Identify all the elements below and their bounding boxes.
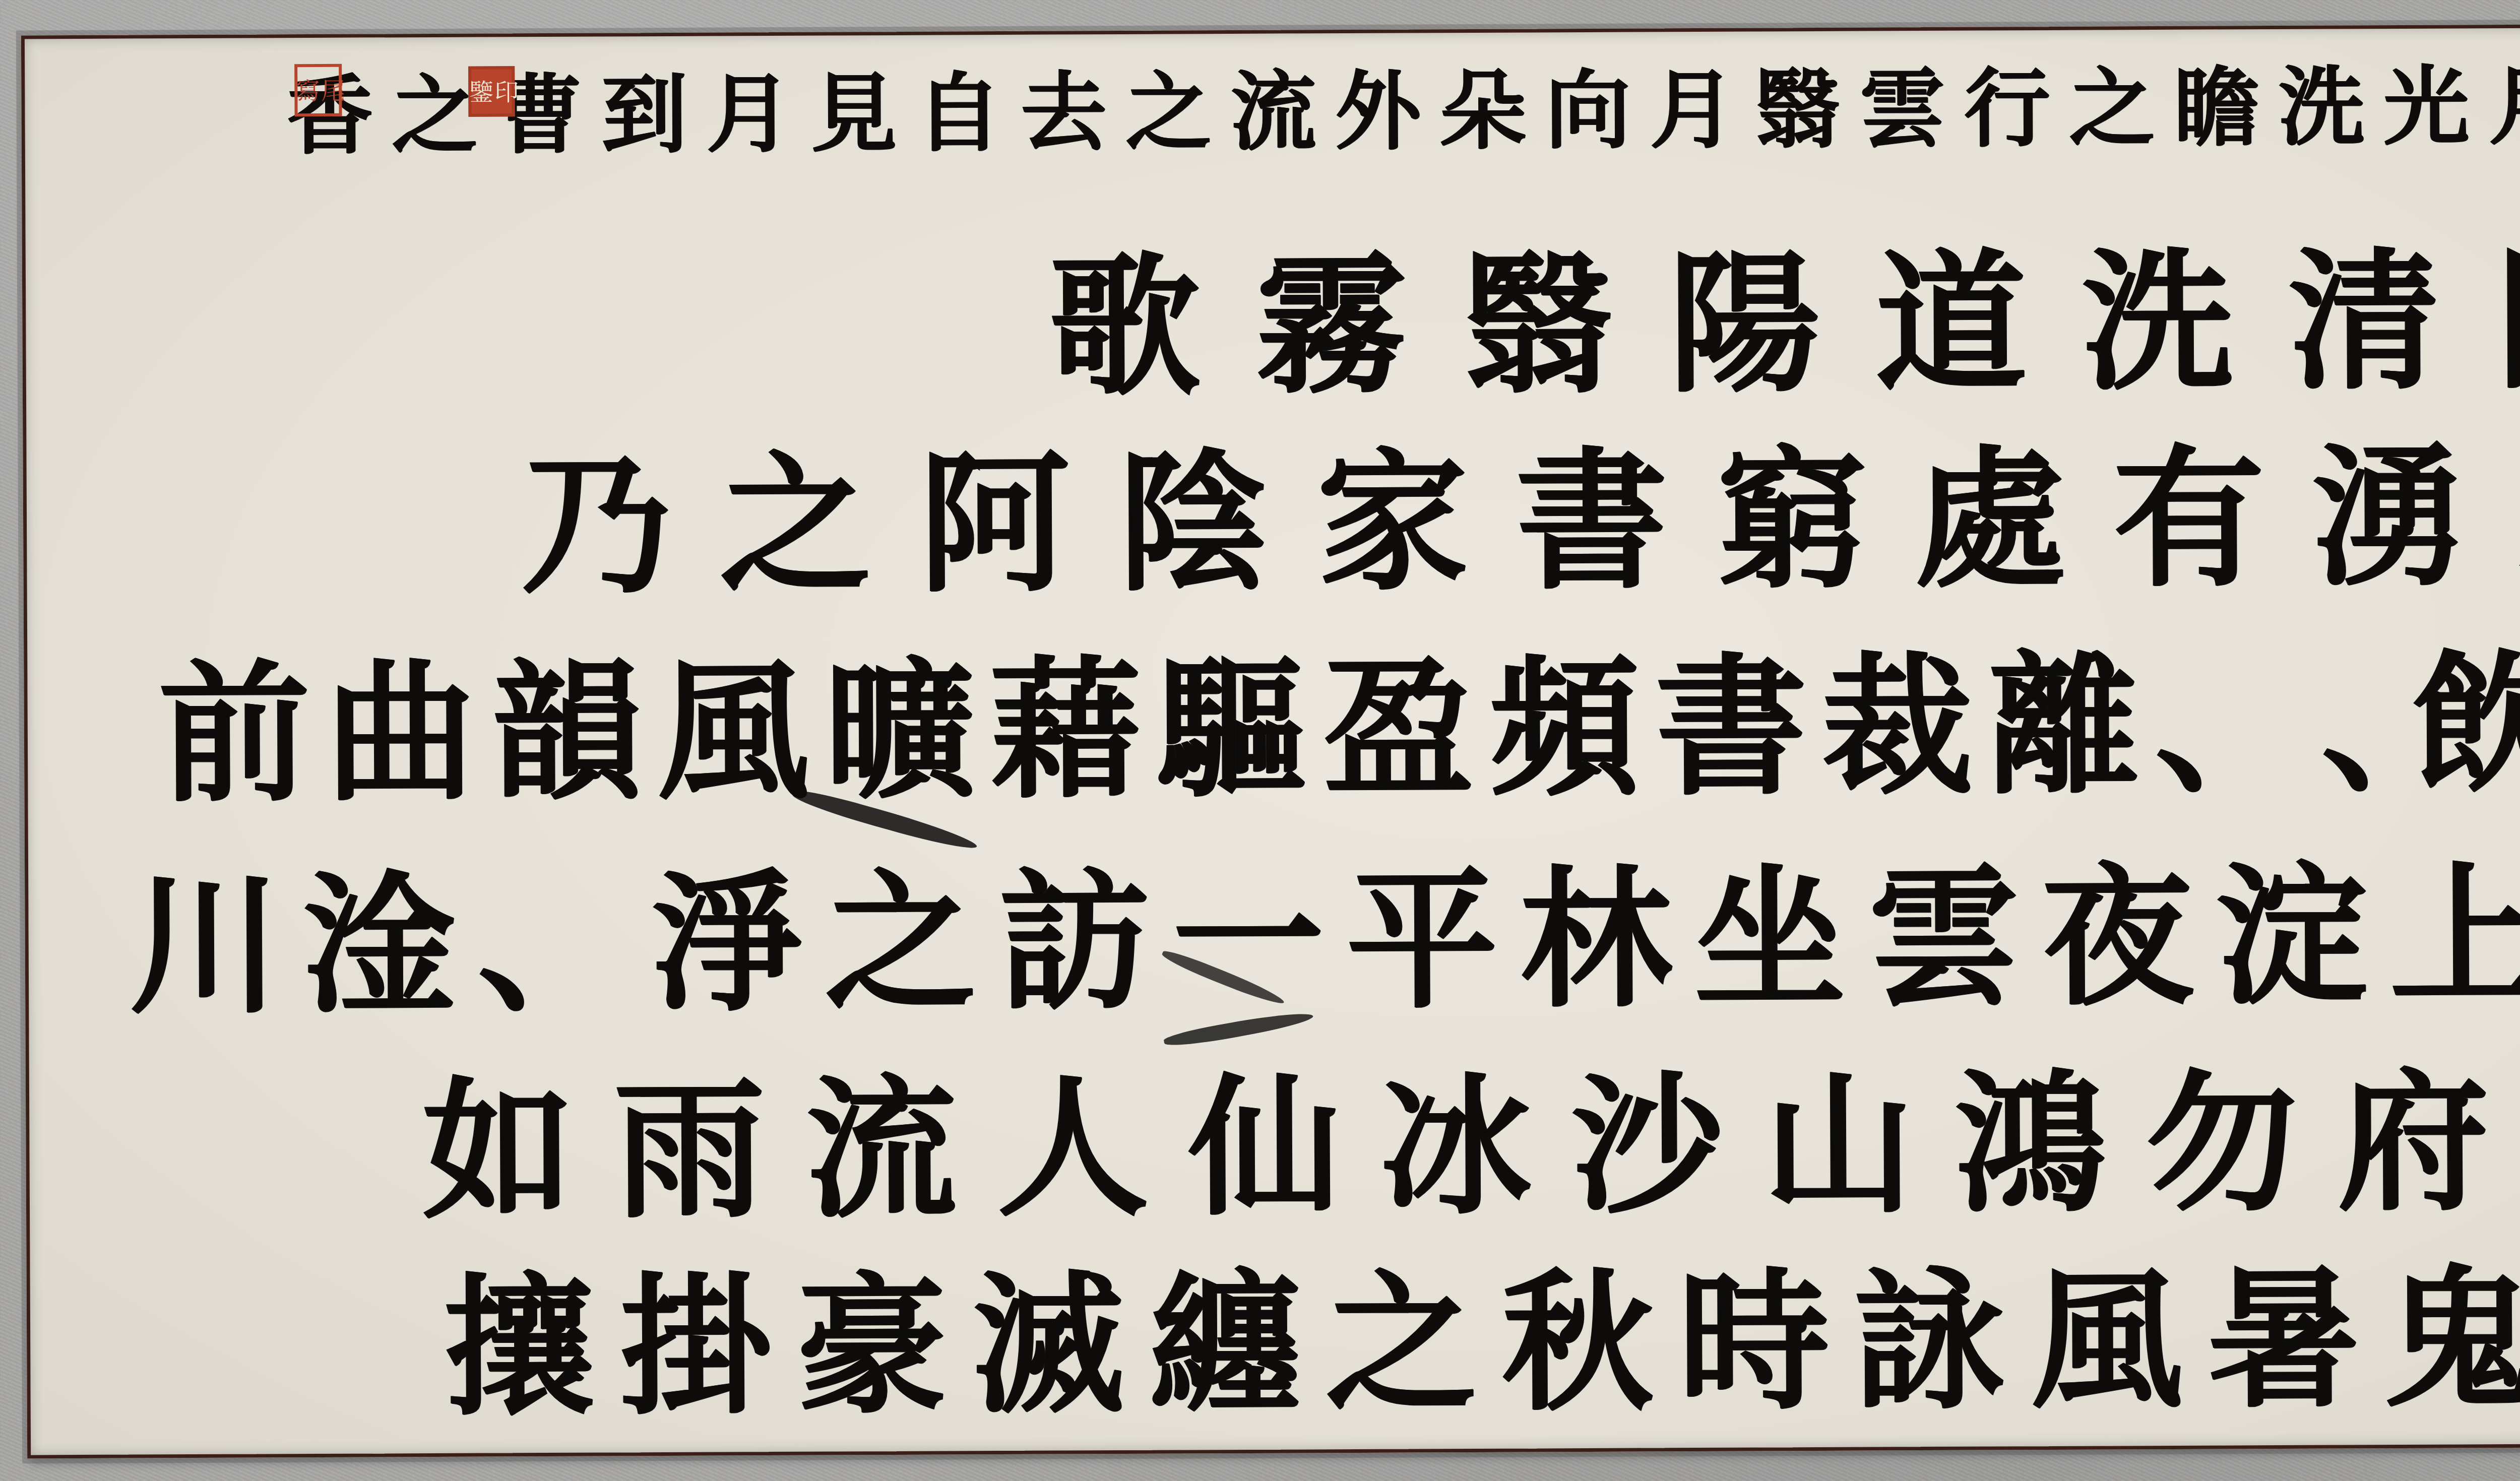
row-3-text: 葉悵飲、、離裁書頻盈驅藉曠風韻曲前 <box>158 647 2520 810</box>
inscription-row: 葉芝白月光洗瞻之行雲翳月向朵外流之去自見月到曹之香 <box>25 61 2520 160</box>
scroll-mount: 葉芝白月光洗瞻之行雲翳月向朵外流之去自見月到曹之香 聊問清洗道陽翳霧歌 叢山湧有… <box>0 0 2520 1481</box>
row-2-text: 叢山湧有處窮書家陰阿之乃 <box>520 440 2520 602</box>
row-1-text: 聊問清洗道陽翳霧歌 <box>1049 243 2520 403</box>
row-6-text: 颿江鬼暑風詠時秋之纏滅豪掛攘 <box>444 1261 2520 1423</box>
calligraphy-row-1: 聊問清洗道陽翳霧歌 <box>26 243 2520 407</box>
inscription-text: 葉芝白月光洗瞻之行雲翳月向朵外流之去自見月到曹之香 <box>287 62 2520 159</box>
seal-top-left-solid: 印鑒 <box>468 66 515 116</box>
calligraphy-row-2: 叢山湧有處窮書家陰阿之乃 <box>26 439 2520 603</box>
calligraphy-paper: 葉芝白月光洗瞻之行雲翳月向朵外流之去自見月到曹之香 聊問清洗道陽翳霧歌 叢山湧有… <box>21 23 2520 1459</box>
calligraphy-row-6: 颿江鬼暑風詠時秋之纏滅豪掛攘 <box>30 1261 2520 1425</box>
calligraphy-row-5: 錦幹府勿鴻山沙冰仙人流雨如 <box>29 1064 2520 1228</box>
seal-top-left-outline: 尾寫 <box>294 64 342 116</box>
row-5-text: 錦幹府勿鴻山沙冰仙人流雨如 <box>422 1065 2520 1227</box>
calligraphy-row-3: 葉悵飲、、離裁書頻盈驅藉曠風韻曲前 <box>27 646 2520 810</box>
row-4-text: 胃可上淀夜雲坐林平一訪之淨、淦川 <box>129 858 2520 1021</box>
